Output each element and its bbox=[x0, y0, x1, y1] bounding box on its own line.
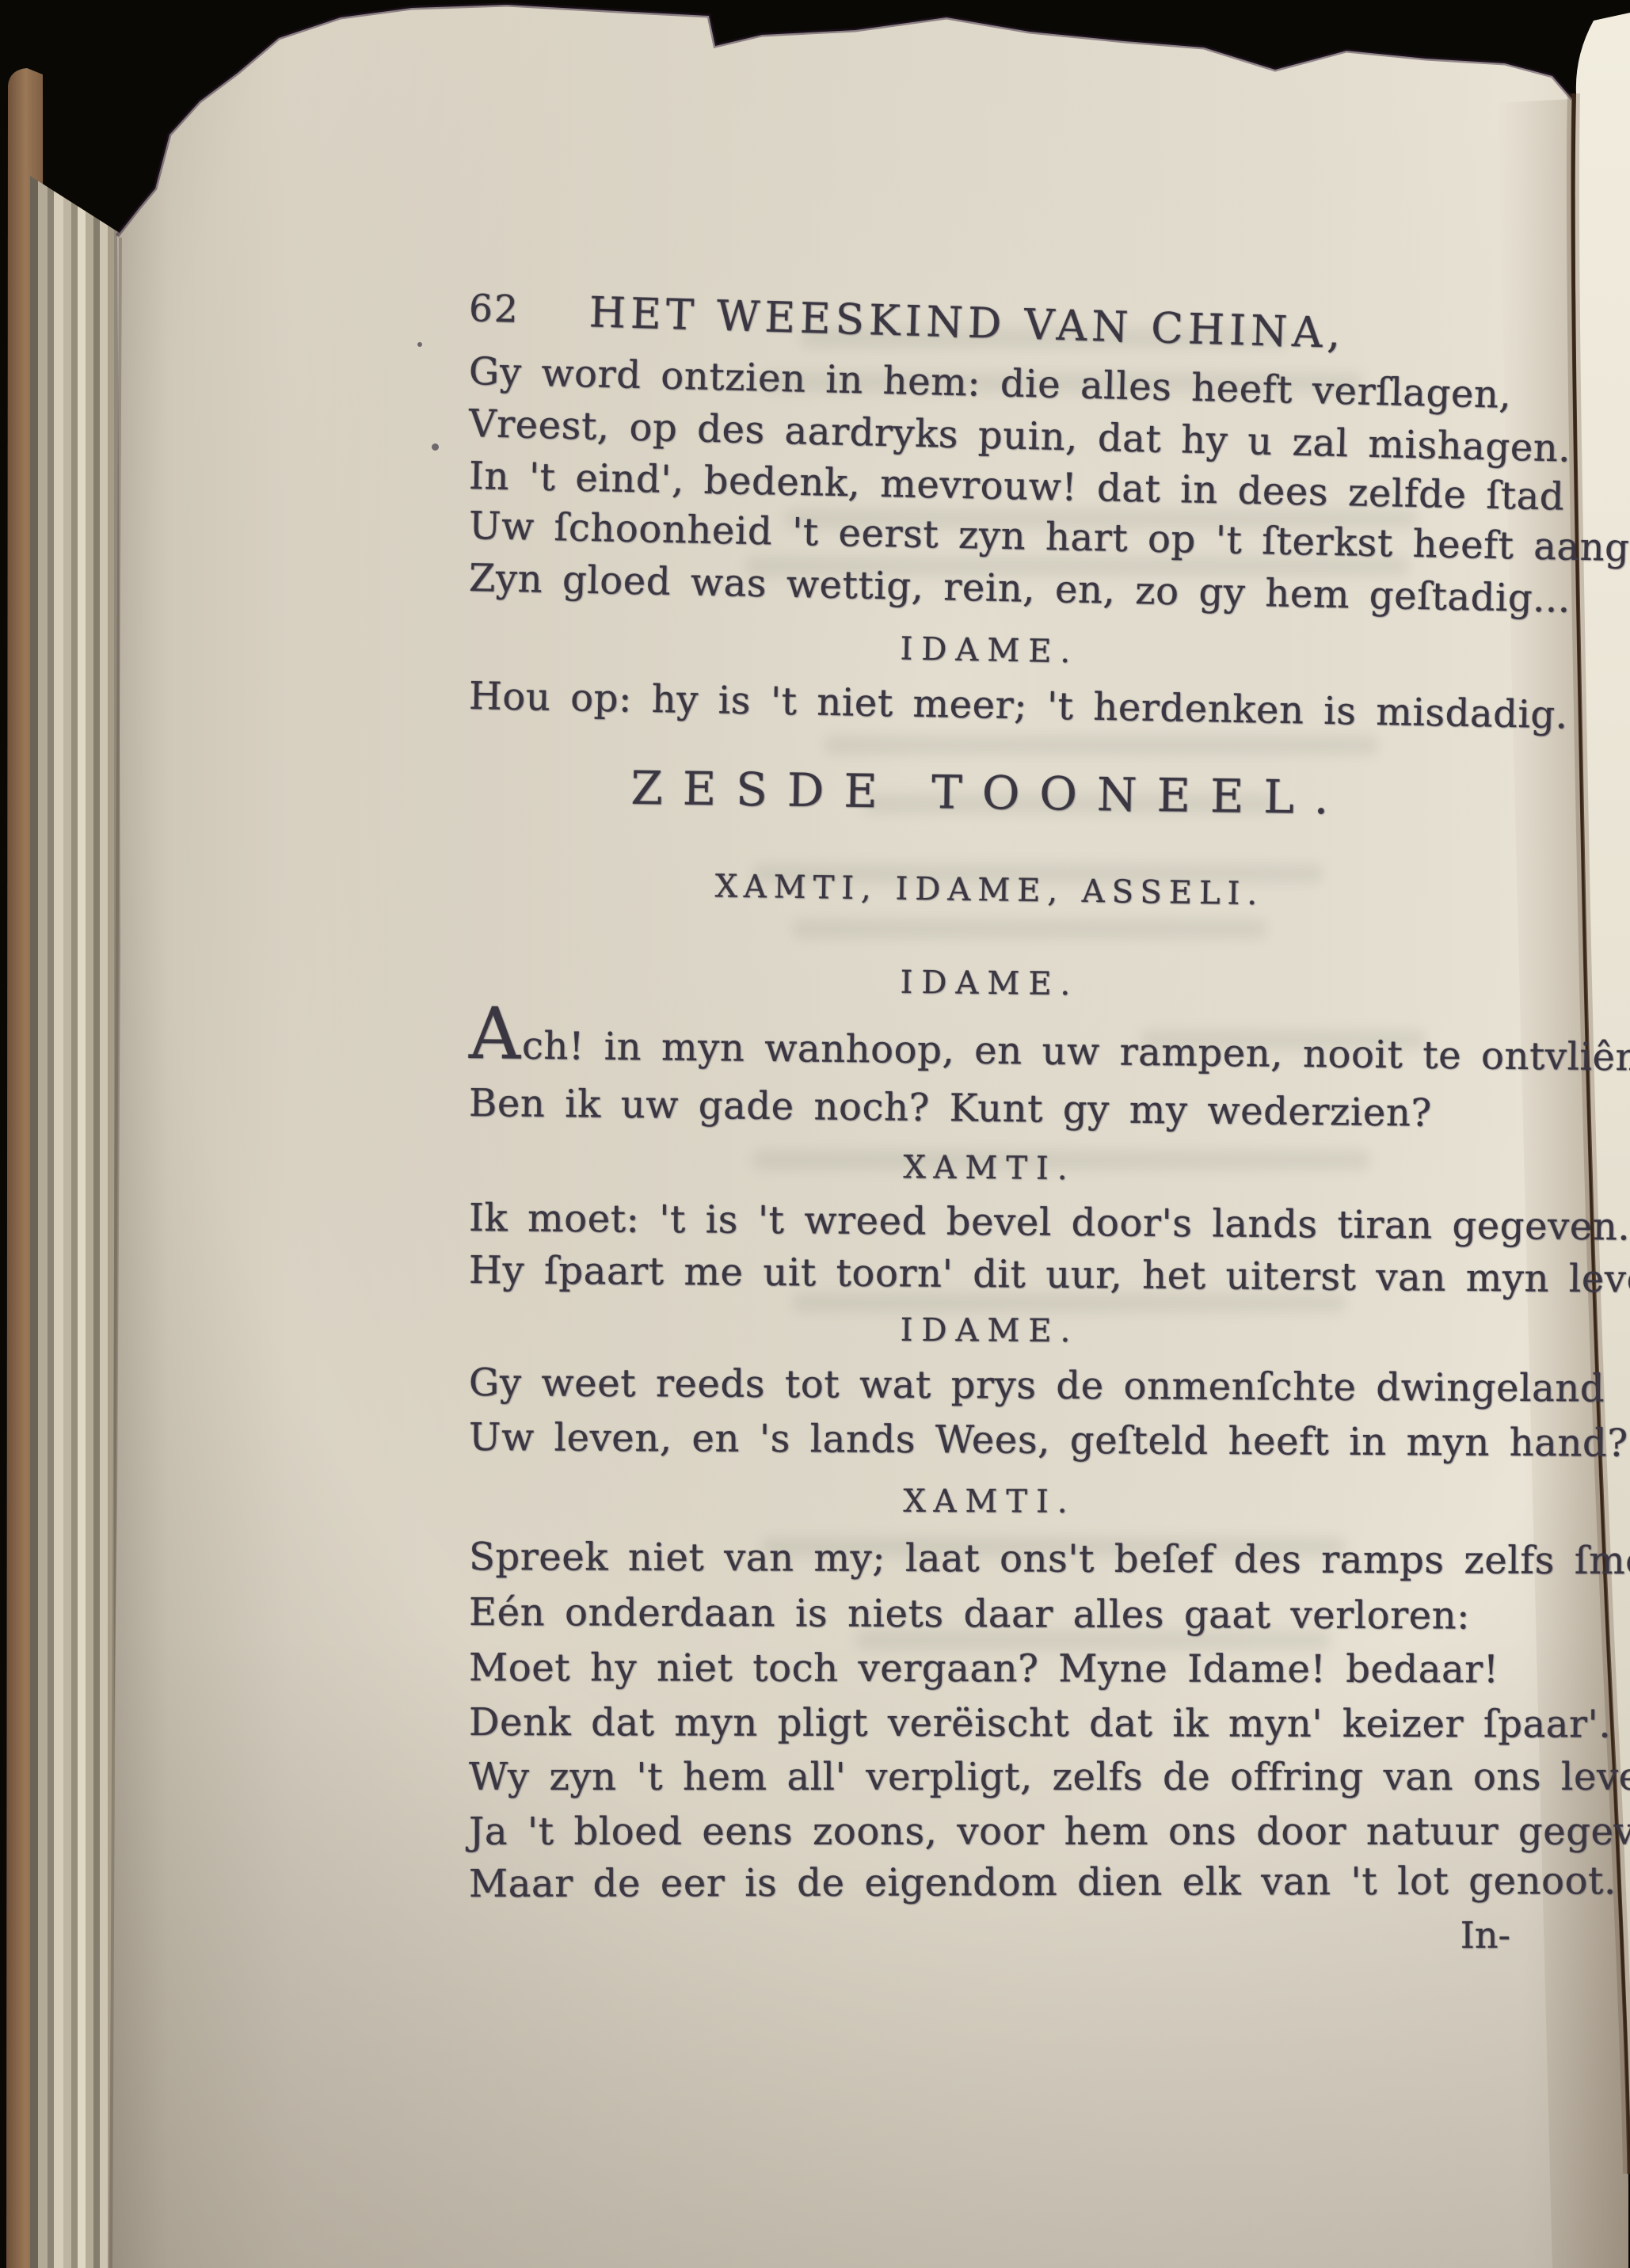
page-number: 62 bbox=[468, 287, 520, 332]
verse-line: Uw ſchoonheid 't eerst zyn hart op 't ſt… bbox=[469, 507, 1511, 565]
scene-characters: XAMTI, IDAME, ASSELI. bbox=[469, 867, 1510, 913]
verse-line: Uw leven, en 's lands Wees, geſteld heef… bbox=[469, 1418, 1510, 1462]
running-head: 62 HET WEESKIND VAN CHINA, bbox=[468, 287, 1510, 360]
verse-line: Maar de eer is de eigendom dien elk van … bbox=[469, 1863, 1510, 1903]
speaker-heading-idame: IDAME. bbox=[469, 626, 1510, 675]
verse-line: Ja 't bloed eens zoons, voor hem ons doo… bbox=[469, 1813, 1510, 1851]
running-title: HET WEESKIND VAN CHINA, bbox=[588, 291, 1441, 357]
verse-line: Denk dat myn pligt verëischt dat ik myn'… bbox=[469, 1703, 1510, 1743]
ink-speck bbox=[432, 443, 439, 451]
verse-line: Wy zyn 't hem all' verpligt, zelfs de of… bbox=[469, 1758, 1510, 1796]
printed-text: 62 HET WEESKIND VAN CHINA, Gy word ontzi… bbox=[0, 0, 1630, 2268]
verse-line: Ach! in myn wanhoop, en uw rampen, nooit… bbox=[469, 1026, 1510, 1075]
verse-line: Zyn gloed was wettig, rein, en, zo gy he… bbox=[469, 559, 1511, 617]
verse-line: Hy ſpaart me uit toorn' dit uur, het uit… bbox=[469, 1251, 1510, 1297]
speaker-heading-idame: IDAME. bbox=[469, 962, 1510, 1005]
verse-line: Hou op: hy is 't niet meer; 't herdenken… bbox=[469, 677, 1511, 733]
verse-line: Spreek niet van my; laat ons't beſef des… bbox=[469, 1538, 1510, 1580]
verse-line: Moet hy niet toch vergaan? Myne Idame! b… bbox=[469, 1649, 1510, 1688]
catchword: In- bbox=[469, 1913, 1536, 1959]
verse-line: Ik moet: 't is 't wreed bevel door's lan… bbox=[469, 1199, 1510, 1245]
speaker-heading-idame: IDAME. bbox=[469, 1312, 1510, 1349]
drop-cap: A bbox=[469, 992, 523, 1076]
speaker-heading-xamti: XAMTI. bbox=[469, 1148, 1510, 1188]
book-photo: 62 HET WEESKIND VAN CHINA, Gy word ontzi… bbox=[0, 0, 1630, 2268]
ink-speck bbox=[417, 342, 422, 347]
verse-line: Eén onderdaan is niets daar alles gaat v… bbox=[469, 1593, 1510, 1635]
speaker-heading-xamti: XAMTI. bbox=[469, 1484, 1510, 1520]
verse-line-rest: ch! in myn wanhoop, en uw rampen, nooit … bbox=[522, 1024, 1630, 1080]
verse-line: Gy weet reeds tot wat prys de onmenſchte… bbox=[469, 1364, 1510, 1407]
scene-heading: ZESDE TOONEEL. bbox=[469, 763, 1511, 823]
verse-line: Ben ik uw gade noch? Kunt gy my wederzie… bbox=[469, 1084, 1510, 1133]
